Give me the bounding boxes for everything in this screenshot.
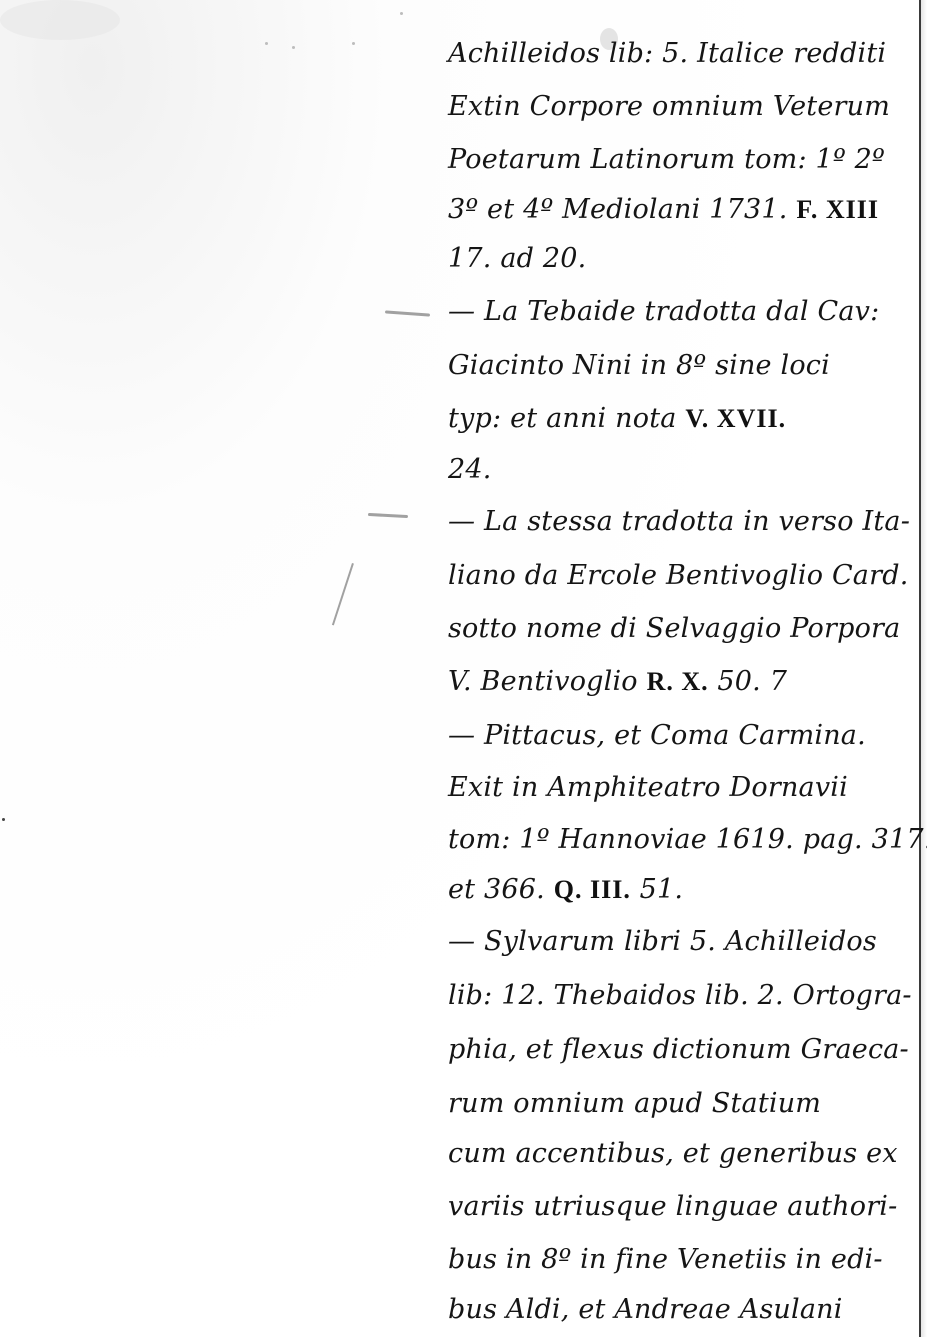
manuscript-line: Giacinto Nini in 8º sine loci — [448, 352, 830, 379]
line-text: liano da Ercole Bentivoglio Card. — [448, 560, 908, 591]
manuscript-line: — La Tebaide tradotta dal Cav: — [448, 298, 879, 325]
shelfmark-suffix: 51. — [640, 874, 684, 905]
paper-speck — [292, 46, 295, 49]
manuscript-line: variis utriusque linguae authori- — [448, 1193, 897, 1220]
manuscript-line: Extin Corpore omnium Veterum — [448, 93, 890, 120]
margin-mark — [385, 310, 430, 316]
line-text: 24. — [448, 454, 492, 485]
line-text: — La stessa tradotta in verso Ita- — [448, 506, 910, 537]
line-text: — La Tebaide tradotta dal Cav: — [448, 296, 879, 327]
line-text: bus Aldi, et Andreae Asulani — [448, 1294, 843, 1325]
line-text: et 366. — [448, 874, 545, 905]
shelfmark: F. XIII — [796, 195, 879, 224]
line-text: Giacinto Nini in 8º sine loci — [448, 350, 830, 381]
right-margin-shadow — [921, 0, 927, 1337]
line-text: lib: 12. Thebaidos lib. 2. Ortogra- — [448, 980, 912, 1011]
manuscript-line: 3º et 4º Mediolani 1731. F. XIII — [448, 196, 879, 223]
manuscript-line: Poetarum Latinorum tom: 1º 2º — [448, 146, 885, 173]
manuscript-line: — La stessa tradotta in verso Ita- — [448, 508, 910, 535]
shelfmark: V. XVII. — [685, 404, 786, 433]
line-text: 17. ad 20. — [448, 243, 586, 274]
paper-speck — [352, 42, 355, 45]
line-text: variis utriusque linguae authori- — [448, 1191, 897, 1222]
manuscript-line: et 366. Q. III. 51. — [448, 876, 683, 903]
manuscript-line: — Pittacus, et Coma Carmina. — [448, 722, 866, 749]
line-text: typ: et anni nota — [448, 403, 677, 434]
manuscript-line: lib: 12. Thebaidos lib. 2. Ortogra- — [448, 982, 912, 1009]
manuscript-line: Achilleidos lib: 5. Italice redditi — [448, 40, 886, 67]
line-text: V. Bentivoglio — [448, 666, 638, 697]
paper-smudge — [0, 0, 120, 40]
manuscript-line: bus in 8º in fine Venetiis in edi- — [448, 1246, 883, 1273]
manuscript-line: — Sylvarum libri 5. Achilleidos — [448, 928, 877, 955]
margin-stroke — [332, 563, 354, 625]
line-text: rum omnium apud Statium — [448, 1088, 821, 1119]
manuscript-line: 17. ad 20. — [448, 245, 586, 272]
manuscript-line: cum accentibus, et generibus ex — [448, 1140, 898, 1167]
shelfmark-suffix: 50. 7 — [717, 666, 787, 697]
manuscript-line: tom: 1º Hannoviae 1619. pag. 317. — [448, 826, 927, 853]
manuscript-line: typ: et anni nota V. XVII. — [448, 405, 786, 432]
margin-mark — [368, 513, 408, 518]
line-text: — Sylvarum libri 5. Achilleidos — [448, 926, 877, 957]
paper-speck — [2, 818, 5, 821]
paper-speck — [265, 42, 268, 45]
line-text: Achilleidos lib: 5. Italice redditi — [448, 38, 886, 69]
line-text: sotto nome di Selvaggio Porpora — [448, 613, 900, 644]
paper-speck — [400, 12, 403, 15]
line-text: phia, et flexus dictionum Graeca- — [448, 1034, 909, 1065]
manuscript-line: 24. — [448, 456, 492, 483]
line-text: 3º et 4º Mediolani 1731. — [448, 194, 788, 225]
manuscript-line: bus Aldi, et Andreae Asulani — [448, 1296, 843, 1323]
line-text: Exit in Amphiteatro Dornavii — [448, 772, 848, 803]
line-text: — Pittacus, et Coma Carmina. — [448, 720, 866, 751]
line-text: bus in 8º in fine Venetiis in edi- — [448, 1244, 883, 1275]
line-text: tom: 1º Hannoviae 1619. pag. 317. — [448, 824, 927, 855]
manuscript-line: sotto nome di Selvaggio Porpora — [448, 615, 900, 642]
manuscript-line: rum omnium apud Statium — [448, 1090, 821, 1117]
shelfmark: Q. III. — [554, 875, 631, 904]
manuscript-page: Achilleidos lib: 5. Italice redditi Exti… — [0, 0, 927, 1337]
manuscript-line: liano da Ercole Bentivoglio Card. — [448, 562, 908, 589]
line-text: Extin Corpore omnium Veterum — [448, 91, 890, 122]
shelfmark: R. X. — [647, 667, 709, 696]
manuscript-line: Exit in Amphiteatro Dornavii — [448, 774, 848, 801]
manuscript-line: phia, et flexus dictionum Graeca- — [448, 1036, 909, 1063]
line-text: cum accentibus, et generibus ex — [448, 1138, 898, 1169]
manuscript-line: V. Bentivoglio R. X. 50. 7 — [448, 668, 787, 695]
line-text: Poetarum Latinorum tom: 1º 2º — [448, 144, 885, 175]
